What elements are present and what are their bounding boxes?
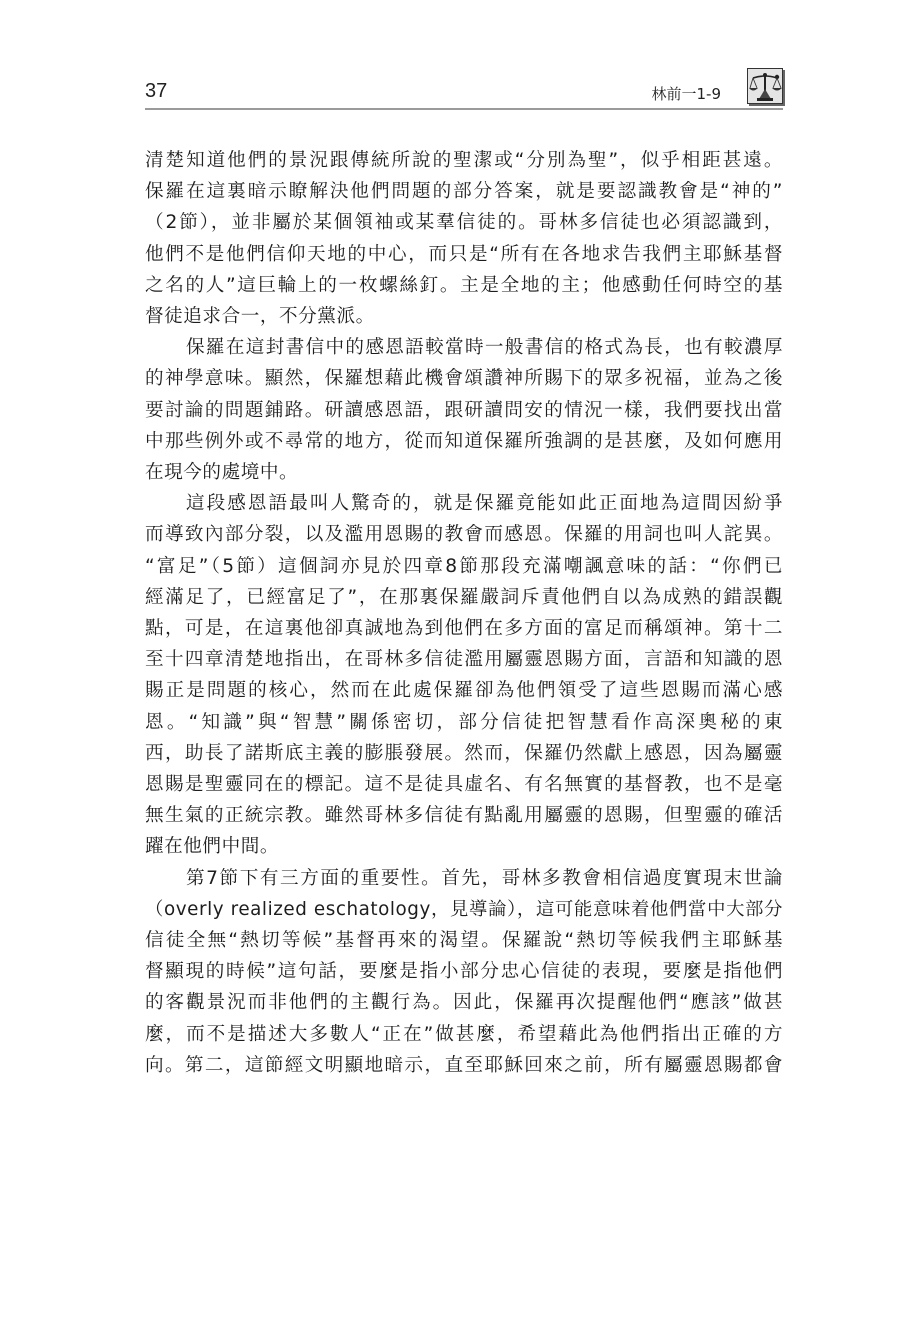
body-text: 清楚知道他們的景況跟傳統所說的聖潔或“分別為聖”，似乎相距甚遠。 保羅在這裏暗示… [145,145,783,1081]
paragraph-3: 這段感恩語最叫人驚奇的，就是保羅竟能如此正面地為這間因紛爭 而導致內部分裂，以及… [145,488,783,862]
text-line: 麼，而不是描述大多數人“正在”做甚麼，希望藉此為他們指出正確的方 [145,1019,783,1050]
paragraph-4: 第7節下有三方面的重要性。首先，哥林多教會相信過度實現末世論 （overly r… [145,863,783,1081]
page-header: 37 林前一1-9 [145,66,783,110]
page-number: 37 [145,80,167,103]
text-line: 督徒追求合一，不分黨派。 [145,301,783,332]
text-line: 向。第二，這節經文明顯地暗示，直至耶穌回來之前，所有屬靈恩賜都會 [145,1050,783,1081]
text-line: 的客觀景況而非他們的主觀行為。因此，保羅再次提醒他們“應該”做甚 [145,987,783,1018]
text-line: 西，助長了諾斯底主義的膨脹發展。然而，保羅仍然獻上感恩，因為屬靈 [145,738,783,769]
text-line: 清楚知道他們的景況跟傳統所說的聖潔或“分別為聖”，似乎相距甚遠。 [145,145,783,176]
paragraph-2: 保羅在這封書信中的感恩語較當時一般書信的格式為長，也有較濃厚 的神學意味。顯然，… [145,332,783,488]
text-line: 保羅在這裏暗示瞭解決他們問題的部分答案，就是要認識教會是“神的” [145,176,783,207]
text-line: 要討論的問題鋪路。研讀感恩語，跟研讀問安的情況一樣，我們要找出當 [145,395,783,426]
text-line: 中那些例外或不尋常的地方，從而知道保羅所強調的是甚麼，及如何應用 [145,426,783,457]
text-line: 而導致內部分裂，以及濫用恩賜的教會而感恩。保羅的用詞也叫人詫異。 [145,519,783,550]
text-line: 信徒全無“熱切等候”基督再來的渴望。保羅說“熱切等候我們主耶穌基 [145,925,783,956]
text-line: 的神學意味。顯然，保羅想藉此機會頌讚神所賜下的眾多祝福，並為之後 [145,363,783,394]
scales-of-justice-icon [747,68,783,104]
text-line: （overly realized eschatology，見導論），這可能意味着… [145,894,783,925]
text-line: 督顯現的時候”這句話，要麼是指小部分忠心信徒的表現，要麼是指他們 [145,956,783,987]
text-line: 保羅在這封書信中的感恩語較當時一般書信的格式為長，也有較濃厚 [145,332,783,363]
text-line: 點，可是，在這裏他卻真誠地為到他們在多方面的富足而稱頌神。第十二 [145,613,783,644]
text-line: 他們不是他們信仰天地的中心，而只是“所有在各地求告我們主耶穌基督 [145,239,783,270]
text-line: 躍在他們中間。 [145,831,783,862]
text-line: 至十四章清楚地指出，在哥林多信徒濫用屬靈恩賜方面，言語和知識的恩 [145,644,783,675]
text-line: 賜正是問題的核心，然而在此處保羅卻為他們領受了這些恩賜而滿心感 [145,675,783,706]
text-line: 恩賜是聖靈同在的標記。這不是徒具虛名、有名無實的基督教，也不是毫 [145,769,783,800]
text-line: 之名的人”這巨輪上的一枚螺絲釘。主是全地的主；他感動任何時空的基 [145,270,783,301]
text-line: （2節），並非屬於某個領袖或某羣信徒的。哥林多信徒也必須認識到， [145,207,783,238]
running-title: 林前一1-9 [652,83,722,104]
paragraph-1: 清楚知道他們的景況跟傳統所說的聖潔或“分別為聖”，似乎相距甚遠。 保羅在這裏暗示… [145,145,783,332]
header-divider [145,108,783,110]
text-line: 第7節下有三方面的重要性。首先，哥林多教會相信過度實現末世論 [145,863,783,894]
text-line: “富足”（5節）這個詞亦見於四章8節那段充滿嘲諷意味的話：“你們已 [145,551,783,582]
text-line: 這段感恩語最叫人驚奇的，就是保羅竟能如此正面地為這間因紛爭 [145,488,783,519]
text-line: 經滿足了，已經富足了”，在那裏保羅嚴詞斥責他們自以為成熟的錯誤觀 [145,582,783,613]
text-line: 恩。“知識”與“智慧”關係密切，部分信徒把智慧看作高深奧秘的東 [145,707,783,738]
text-line: 在現今的處境中。 [145,457,783,488]
text-line: 無生氣的正統宗教。雖然哥林多信徒有點亂用屬靈的恩賜，但聖靈的確活 [145,800,783,831]
